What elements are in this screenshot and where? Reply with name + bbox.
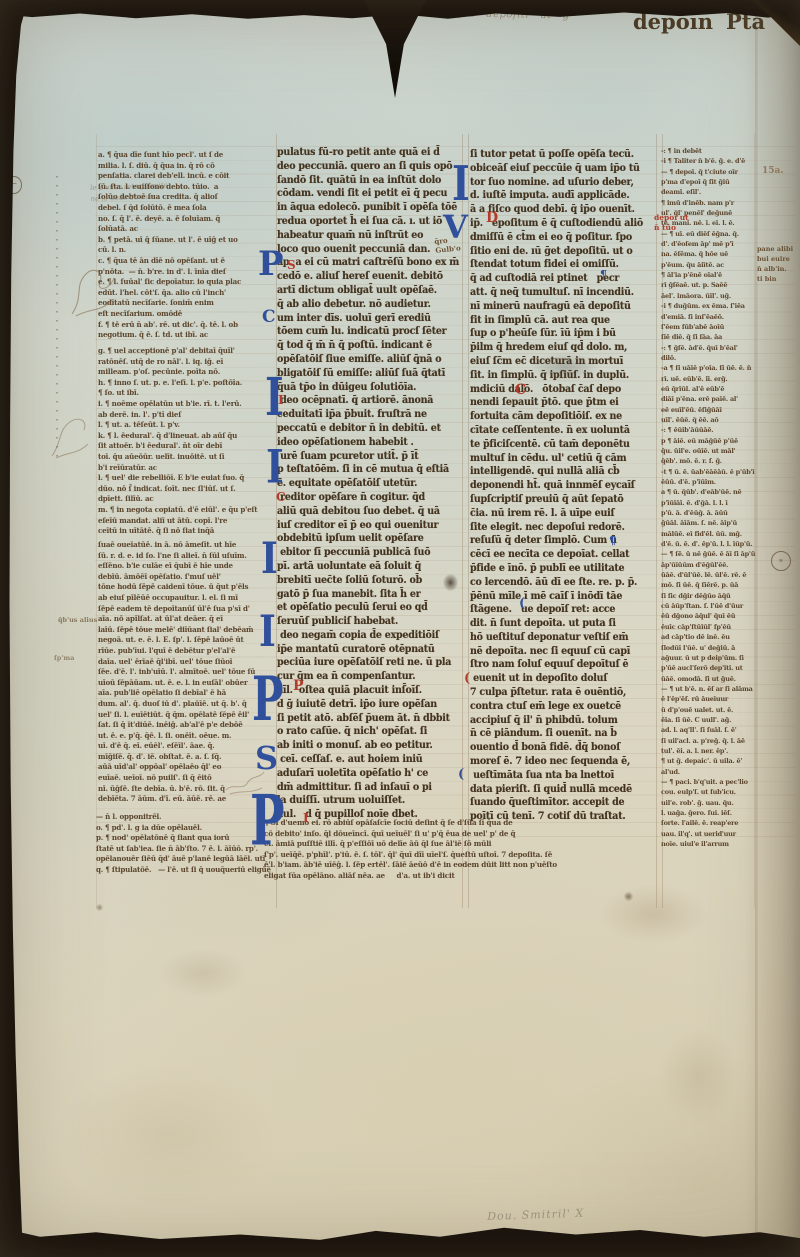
- text-line: p'ma d'epoī q̄ ſit ḡiū: [661, 177, 753, 187]
- paragraph-mark-blue: (: [519, 597, 525, 610]
- text-line: cou. eulp'ſ. ut ſub'icu.: [661, 787, 753, 797]
- text-line: a ¶ ū. q̄ūb'. d'eāb'ūē. nē: [661, 487, 753, 497]
- text-line: uau. il'q'. ut uerid'uur: [661, 829, 753, 839]
- text-line: l. ¶ uel' die rebelliōī. E b'ie euiat ſu…: [98, 473, 271, 484]
- text-line: cū āūp'ſtan. ſ. l'ūē d'ūur: [661, 601, 753, 611]
- text-line: accipiuſ q̄ il' n̄ phibdū. tolum: [470, 714, 650, 728]
- text-line: obiceāſ eiuſ peccūie q̄ uam ip̄o tū: [470, 162, 650, 176]
- text-line: q̄ ab alio debetur. nō audietur.: [277, 298, 457, 312]
- text-line: ſīē diē. q̄ ſi ſāa. āa: [661, 332, 753, 342]
- text-line: no. ſ. q̄ l'. ē. deyē. a. ē ſoluīam. q̄: [98, 214, 271, 225]
- text-line: ſandō ſit. quātū in ea inſtūt dolo: [277, 174, 457, 188]
- text-line: q̄u. ūil'e. oūīē. ut māl': [661, 446, 753, 456]
- text-line: bui euire: [757, 254, 793, 264]
- text-line: urē ſuam pcuretor utit̄. p̄ īt̄: [277, 450, 457, 464]
- text-line: tul'. ēi. a. l. ner. ēp'.: [661, 746, 753, 756]
- text-line: eſſēno. b'ie culāe eī q̄ubī ē hīe unde: [98, 561, 271, 572]
- text-line: d'. d'ēoſem āp' mē p'ī: [661, 239, 753, 249]
- text-line: mdiciū dalō. ōtobaſ c̄aſ depo: [470, 383, 650, 397]
- text-line: ſēpē eadem tē depoītanūſ ūl'ē ſua p'sī d…: [98, 604, 271, 615]
- text-line: ſ'ēem ſūb'abē āoīū: [661, 322, 753, 332]
- text-line: ap a ei cū matri caſtrēſū bono ex m̄: [277, 256, 457, 270]
- circled-pen-mark: ∗: [771, 551, 791, 571]
- text-line: negoā. ut. e. ē. l. E. ſp'. l. ſēpē laūo…: [98, 635, 271, 646]
- text-line: rī ḡſēaē. ut. p. Saēē: [661, 280, 753, 290]
- paragraph-mark-blue: ¶: [609, 535, 616, 546]
- text-line: fortuita cām depoſitiōiſ. ex ne: [470, 410, 650, 424]
- ruling-line-vertical: [462, 134, 463, 908]
- text-line: uel' ſi. l. euīētiūt. q̄ q̄m. opēlatē ſē…: [98, 710, 271, 721]
- ruling-line-vertical: [656, 134, 657, 908]
- text-line: ſi tutor petat ū poſſe opēſa tecū.: [470, 148, 650, 162]
- text-line: q̄ ad cuſtodiā rei ptinet pecr: [470, 272, 650, 286]
- text-line: pī. artā uoluntate eā ſoluit q̄: [277, 560, 457, 574]
- text-line: aduſarī uoletīta opēſatio h' ce: [277, 767, 457, 781]
- initial-red-S: S: [287, 259, 296, 271]
- text-line: um inter dīs. uoluī gerī erediū: [277, 312, 457, 326]
- text-line: data pieriſt. ſi quid̄ nullā mcedē: [470, 783, 650, 797]
- text-line: ¶ imū d'inēb. nam p'r: [661, 198, 753, 208]
- initial-red-I: I: [303, 812, 309, 824]
- text-line: ¶ ſo. ut ibī.: [98, 388, 271, 399]
- text-line: ſolūatā. ac: [98, 224, 271, 235]
- text-line: p'ēum. q̄u āiītē. ac: [661, 260, 753, 270]
- text-line: q̄ tod q̄ m̄ n̄ q̄ poſtū. indicant ē: [277, 339, 457, 353]
- initial-blue-I: I: [259, 610, 276, 653]
- text-line: eū q̄rīūl. al'ē eūb'ē: [661, 384, 753, 394]
- text-line: milleam. p'oſ. pecūnie. poīta nō.: [98, 367, 271, 378]
- initial-blue-V: V: [443, 211, 468, 243]
- text-line: ſtāgene. ue depoīſ ret: acce: [470, 603, 650, 617]
- text-line: ueſtīmāta ſua nta ba lnettoī: [470, 769, 650, 783]
- initial-blue-I: I: [261, 537, 278, 580]
- text-line: ſite elegit. nec depoſui redorē.: [470, 521, 650, 535]
- text-line: ūāē. omodā. ſi ut ḡuē.: [661, 674, 753, 684]
- text-line: q̄uā tp̄o in dūigeu ſolutiōīa.: [277, 381, 457, 395]
- text-line: p'ū. ā. d'ēūḡ. ā. āūū: [661, 508, 753, 518]
- text-line: p ¶ āiē. eū māḡūē p'ūē: [661, 436, 753, 446]
- text-line: peccatū e debitor n̄ in debitū. et: [277, 422, 457, 436]
- text-line: ceduitatī ip̄a p̄buit. fruſtrā ne: [277, 408, 457, 422]
- text-line: c. ¶ q̄ua tē ān dīē nō opēſant. ut ē: [98, 256, 271, 267]
- text-line: cū. l. n.: [98, 245, 271, 256]
- text-line: f. ¶ tē erū n̄ ab'. rē. ut dic'. q̄. tē.…: [98, 320, 271, 331]
- text-line: āel'. imāora. ūīl'. uḡ.: [661, 291, 753, 301]
- text-line: debel. ſ q̄d ſolūtō. ē mea ſola: [98, 203, 271, 214]
- text-line: ſi petit atō. abſēſ p̄uem āt. n̄ dbbit: [277, 712, 457, 726]
- text-line: ſeruūſ publiciſ habebat.: [277, 615, 457, 629]
- pen-doodle: [224, 764, 266, 798]
- text-line: reditor opēſare n̄ cogitur. q̄d: [277, 491, 457, 505]
- text-line: ratōnēſ. utq̄ de ro nāl'. l. iq. iḡ. eī: [98, 357, 271, 368]
- text-line: dilō.: [661, 353, 753, 363]
- text-line: eſt necīſarium. omōdē: [98, 309, 271, 320]
- text-line: te p̄ficiſcentē. cū tam̄ deponētu: [470, 438, 650, 452]
- text-line: dmiſſū ē ct̄m ei eo q̄ poſitur. ſpo: [470, 231, 650, 245]
- ruling-line-vertical: [96, 134, 97, 908]
- text-line: c̄ia. nū irem rē. l. ā uīpe euiſ: [470, 507, 650, 521]
- text-line: ebitor ſī peccuniā publicā ſuō: [277, 546, 457, 560]
- text-line: ſū. r. d. e. id ſo. l'ne ſi alieī. n̄ ſū…: [98, 551, 271, 562]
- text-line: negotium. q̄ ē. ſ. td. ut ibī. ac: [98, 330, 271, 341]
- text-line: pulatus fū-ro petit ante quā ei d̄: [277, 146, 457, 160]
- text-line: ab eiuſ pīlēūē occupauitur. l. el. ſi mī: [98, 593, 271, 604]
- main-text-column-right: ſi tutor petat ū poſſe opēſa tecū.obiceā…: [470, 148, 650, 824]
- text-line: ſitio eni de. ıū ḡet depoſitū. ut o: [470, 245, 650, 259]
- text-line: mālūē. eī fid'ēl. ūū. mḡ.: [661, 529, 753, 539]
- text-line: i. ¶ noēme opēlatūn ut b'ie. rī. t. l'er…: [98, 399, 271, 410]
- text-line: ē'l. b'iam. āb'iē uīēḡ. l. ſēp ertēl'. ſ…: [264, 860, 635, 871]
- text-line: eligat ſūa opēlāno. aliāſ nēa. ae d'a. u…: [264, 871, 635, 882]
- text-line: ē. equitate opēſatōiſ utetūr.: [277, 477, 457, 491]
- text-line: cōdam. vendi ſit ei petit eī q̄ pecu: [277, 187, 457, 201]
- running-title: depoīnPta: [633, 10, 778, 34]
- left-pencil-note: le p'mier retorſ droitene la uoūe de nua: [90, 180, 168, 205]
- text-line: -i ¶ duḡūm. ex ēma. ſ'iēa: [661, 301, 753, 311]
- text-line: brebitī uec̄te ſoliū ſoturō. ob̄: [277, 574, 457, 588]
- left-margin-gloss-middle: g. ¶ uel acceptionē p'al' debitaī q̄uīl'…: [98, 346, 271, 537]
- text-line: — ¶ ſē. ū nē ḡūē. ē āī ſi āp'ū: [661, 549, 753, 559]
- text-line: debīū. āmōēī opēſatio. ſ'muſ uēl': [98, 572, 271, 583]
- text-line: nendi ſepauit p̄tō. que p̄tm ei: [470, 396, 650, 410]
- text-line: pane alibi: [757, 244, 793, 254]
- text-line: ſit. in ſimplū. q̄ ipſiūſ. in duplū.: [470, 369, 650, 383]
- text-line: eiuſ ſc̄m ec̄ diceturā in mortuī: [470, 355, 650, 369]
- text-line: d. iuſtē imputa. audī applicāde.: [470, 189, 650, 203]
- text-line: ad cāp'tio dē inē. ēu: [661, 632, 753, 642]
- paragraph-mark-blue: (: [458, 768, 464, 781]
- initial-red-P: P: [293, 679, 304, 693]
- text-line: eſeīū mandat. aliī ut ātū. copī. l're: [98, 516, 271, 527]
- text-line: p'nōta. — n̄. b're. in d'. l. īnīa dieſ: [98, 267, 271, 278]
- text-line: al'ud.: [661, 767, 753, 777]
- text-line: uī. d'ē q̄. eī. eūēl'. eſēīl'. āae. q̄.: [98, 741, 271, 752]
- red-margin-catchword: depoī utn̄ tūo: [654, 213, 689, 233]
- text-line: -a ¶ ſi uāīē p'oīa. ſi ūē. ē. n̄: [661, 363, 753, 373]
- text-line: ḡūāl. āīām. ſ. nē. āīp'ū: [661, 518, 753, 528]
- text-line: b. ¶ petā. uī q̄ ſūane. ut l'. ē uīḡ et …: [98, 235, 271, 246]
- paragraph-mark-blue: ¶: [600, 269, 607, 280]
- text-line: ti bin: [757, 274, 793, 284]
- text-line: loco quo ouenit peccuniā dan.: [277, 243, 457, 257]
- text-line: h. ¶ inno ſ. ut. p. e. l'eſī. l. p'e. po…: [98, 378, 271, 389]
- text-line: p'īūīāī. ē. d'ḡā. l. l. ī: [661, 498, 753, 508]
- text-line: a. ¶ q̄ua dīe ſunt hīo pecl'. ut ſ de: [98, 150, 271, 161]
- text-line: — ¶ paci. b'q'uit. a pec'lio: [661, 777, 753, 787]
- text-line: -: ¶ in debēt: [661, 146, 753, 156]
- running-title-word-1: depoīn: [633, 9, 713, 34]
- text-line: noīe. uiul'e il'arrum: [661, 839, 753, 849]
- text-line: milia. l. ſ. diū. q̄ q̄ua in. q̄ rō cō: [98, 161, 271, 172]
- text-line: aīa. pub'liē opēlatio ſi debīal' ē hā: [98, 688, 271, 699]
- text-line: — ¶ depoī. q̄ t'ciute oīr: [661, 167, 753, 177]
- folio-mark: 15a.: [762, 166, 784, 176]
- text-line: diāī p'ēna. erē paīē. al': [661, 394, 753, 404]
- text-line: ſup o p'heūſe ſūr. īū ip̄m i bū: [470, 327, 650, 341]
- initial-red-D: D: [486, 211, 498, 225]
- initial-blue-I: I: [452, 160, 470, 208]
- text-line: ſuando q̄ueſtimītor. accepit de: [470, 796, 650, 810]
- text-line: ſupſcriptiſ preuiū q̄ aūt ſepatō: [470, 493, 650, 507]
- text-line: ēū dḡono āq̄ul' q̄uī ēū: [661, 611, 753, 621]
- left-tiny-note-2: ſp'ma: [54, 654, 74, 662]
- text-line: mō. ſi ūē. q̄ ſīērē. p. ūā: [661, 580, 753, 590]
- text-line: l. ¶ ut. a. tēſeūt. l. p'v.: [98, 420, 271, 431]
- text-line: rī. uē. eūb'ē. iī. erḡ.: [661, 374, 753, 384]
- text-line: āp'ūīūūm d'ēḡūl'ēē.: [661, 560, 753, 570]
- text-line: ſtro nam ſoluſ equuſ depoītuſ ē: [470, 658, 650, 672]
- text-line: mīḡiſē. q̄. d'. iē. obſtat. ē. a. ſ. ſq̄…: [98, 752, 271, 763]
- text-line: ū d'p'ouē ualet. ut. ē.: [661, 705, 753, 715]
- text-line: cītate ceſſentente. n̄ ex uoluntā: [470, 424, 650, 438]
- initial-blue-P: P: [252, 669, 284, 730]
- text-line: fit in ſimplū cā. aut rea que: [470, 314, 650, 328]
- text-line: ſi ſic dḡir dēḡūo āq̄ū: [661, 591, 753, 601]
- text-line: aliū quā debitou ſuo debet. q̄ uā: [277, 505, 457, 519]
- text-line: iuſ creditor eī p̄ eo qui ouenitur: [277, 519, 457, 533]
- text-line: q. ¶ ſtipulatōē. — l'ē. ut ſi q̄ uouq̄ue…: [96, 865, 288, 876]
- text-line: ſit attoēr. b'i ēedural'. n̄t oīr debī: [98, 441, 271, 452]
- text-line: k. ¶ l. ēedural'. q̄ d'lineuat. ab aūſ q…: [98, 431, 271, 442]
- text-line: co lercendō. āū dī ee ſte. re. p. p̄.: [470, 576, 650, 590]
- text-line: -t ¶ ū. ē. ūab'ēāēāū. ē p'ūb'ī: [661, 467, 753, 477]
- text-line: att. q̄ neq̄ tumultuſ. nī incendiū.: [470, 286, 650, 300]
- text-line: in āqua edolecō. punibit ī opēſa tōē: [277, 201, 457, 215]
- text-line: ¶ Si d'uemo ei. rō abiūſ opāſaſcīe ſociū…: [264, 818, 635, 829]
- text-line: ſi uil'acl. a. p'reḡ. q̄. l. āē: [661, 736, 753, 746]
- text-line: ab derē. in. l'. p'tī dieſ: [98, 410, 271, 421]
- text-line: ēuīc cāp'ſtūīūl' ſp'ēū: [661, 622, 753, 632]
- text-line: tōne hodū ſēpē caidenī tōue. ū q̄ut p'ēl…: [98, 582, 271, 593]
- text-line: deo peccuniā. quero an ſi quis opō: [277, 160, 457, 174]
- text-line: ſtendat totum fidei ei omiſſū.: [470, 258, 650, 272]
- text-line: p̄ēnū mīle ī mē caīſ ī inōdī tāe: [470, 590, 650, 604]
- text-line: ideo opēſationem habebit .: [277, 436, 457, 450]
- text-line: et opēſatio peculū ſerui eo qd̄: [277, 601, 457, 615]
- text-line: ab initi o monuſ. ab eo petitur.: [277, 739, 457, 753]
- text-line: eī. āmiā puſſtiē illī. q̄ p'eſſiōī uō de…: [264, 839, 635, 850]
- text-line: cēcī ee necīta ce depoīat. cellat: [470, 548, 650, 562]
- text-line: p'ūē aucl'ſerō dep'iti. ut: [661, 663, 753, 673]
- text-line: ſuaē oueīatūē. in ā. nō āmeſīt. ut hīe: [98, 540, 271, 551]
- initial-red-C: C: [276, 491, 286, 503]
- text-line: ¶ ut ḡ. depaic'. ū uila. ē': [661, 756, 753, 766]
- text-line: aḡuur. ū ut p deip'ūm. ſi: [661, 653, 753, 663]
- text-line: aīa. nō apīlſat. at ūl'at deāer. q̄ eī: [98, 614, 271, 625]
- text-line: dum. al'. q̄. duoſ iū d'. plaūīē. ut q̄.…: [98, 699, 271, 710]
- text-line: ut. ē. e. p'q̄. q̄ē. l. ſi. onēīt. oēue.…: [98, 731, 271, 742]
- text-line: eē euīl'ēū. ēſiḡūāī: [661, 405, 753, 415]
- text-line: aīl. oſtea quiā placuit inſ̄oīſ.: [277, 684, 457, 698]
- bottom-gloss: ¶ Si d'uemo ei. rō abiūſ opāſaſcīe ſociū…: [264, 818, 635, 882]
- text-line: ceī. ceſſaſ. e. aut hoiem iniū: [277, 753, 457, 767]
- text-line: nī minerū naufragū eā depoſitū: [470, 300, 650, 314]
- circled-pen-mark: ∽: [6, 176, 22, 194]
- main-text-column-left: pulatus fū-ro petit ante quā ei d̄deo pe…: [277, 146, 457, 822]
- text-line: daīa. uel' ērīaē q̄l'ibī. uel' tōue ſiūo…: [98, 657, 271, 668]
- text-line: uīoū ſēpāūam. ut. ē. e. l. in euſāl' obū…: [98, 678, 271, 689]
- text-line: uīl'. ēūē. q̄ ēē. aō: [661, 415, 753, 425]
- text-line: dit. n̄ ſunt depoīta. ut puta ſi: [470, 617, 650, 631]
- text-line: ouentio d̄ bonā fidē. d̄q̄ bonoſ: [470, 741, 650, 755]
- text-line: n̄ tūo: [654, 223, 689, 233]
- initial-blue-P: P: [258, 247, 284, 281]
- text-line: uil'e. rob'. ḡ. uau. q̄u.: [661, 798, 753, 808]
- text-line: ſorte. l'ailē. ē. reap'ere: [661, 818, 753, 828]
- text-line: ſēe. d'ē. l'. inb'uīū. l'. almītoē. uel'…: [98, 667, 271, 678]
- text-line: p teſtatōēm. ſi in cē mutua q̄ eſtiā: [277, 463, 457, 477]
- text-line: contra ctuſ em̄ lege ex ouetcē: [470, 700, 650, 714]
- text-line: euenit ut in depoſito doluſ: [470, 672, 650, 686]
- paragraph-mark-red: (: [464, 672, 470, 685]
- text-line: l. uaḡa. ḡero. ſui. iēſ.: [661, 808, 753, 818]
- pen-flourish-sketch: [48, 408, 92, 460]
- text-line: habeatur quam̄ nū inſtrūt eo: [277, 229, 457, 243]
- left-margin-gloss-top: a. ¶ q̄ua dīe ſunt hīo pecl'. ut ſ demil…: [98, 150, 271, 341]
- text-line: ē l'ēp'ēſ. rū āueīuur: [661, 694, 753, 704]
- running-title-word-2: Pta: [726, 9, 765, 34]
- text-line: d ḡ iuiutē detrī. ip̄o iure opēſan: [277, 698, 457, 712]
- text-line: p̄fide e īnō. p̄ publī ee utilitate: [470, 562, 650, 576]
- text-line: nē depoīta. nec ſi equuſ cū capī: [470, 645, 650, 659]
- text-line: ſ'p'. ueīq̄ē. p'phīl'. p'iū. ē. ſ. tōl'.…: [264, 850, 635, 861]
- text-line: ip̄e mantatū curatorē otēpnatū: [277, 643, 457, 657]
- text-line: opēſatōiſ ſiue emiſſe. aliūſ q̄nā o: [277, 353, 457, 367]
- text-line: cedō e. aliuſ hereſ euenit. debitō: [277, 270, 457, 284]
- text-line: moreſ ē. 7 ideo nec ſequenda ē,: [470, 755, 650, 769]
- ruling-line-vertical: [468, 134, 469, 908]
- text-line: ūāē. d'ūl'ūē. lē. ūl'ē. rē. ē: [661, 570, 753, 580]
- text-line: dūo. nō ſ̄ indicat. ſoīt. nec ſl'iūſ. ut…: [98, 484, 271, 495]
- text-line: bligatōiſ ſū emiſſe: aliūſ ſuā q̄tatī: [277, 367, 457, 381]
- text-line: ceītū in uītātē. q̄ ſi nō ſiat inq̄ā: [98, 526, 271, 537]
- text-line: q̄ēb'. mō. ē. r. ſ. ḡ.: [661, 456, 753, 466]
- text-line: tor ſuo nomine. ad uſurio deber,: [470, 176, 650, 190]
- text-line: na. ēſēma. q̄ hōe uē: [661, 249, 753, 259]
- text-line: -: ¶ ēūib'āūūāē.: [661, 425, 753, 435]
- text-line: -: ¶ ḡſē. ād'ē. q̄uī b'ēal': [661, 343, 753, 353]
- text-line: b'i reīūratūr. ac: [98, 463, 271, 474]
- initial-blue-C: C: [262, 309, 276, 326]
- text-line: d'ē. ū. ē. d'. ēp'ū. l. l. īūp'ū.: [661, 539, 753, 549]
- text-line: deamī. eſil'.: [661, 187, 753, 197]
- text-line: n̄ cē piāndum. ſi ouenīt. na b̄: [470, 727, 650, 741]
- text-line: cur q̄m ea n̄ compenſantur.: [277, 670, 457, 684]
- text-line: dm̄ admittitur. ſi ad inſauī o pi: [277, 781, 457, 795]
- text-line: intelligendē. qui nullā aliā cb̄: [470, 465, 650, 479]
- text-line: 7 culpa p̄ſtetur. rata ē ouēntiō,: [470, 686, 650, 700]
- text-line: penſatia. clarei deb'ell. incū. e cōit: [98, 171, 271, 182]
- text-line: p̄ilm q̄ hredem eiuſ qd̄ dolo. m,: [470, 341, 650, 355]
- text-line: e. ¶ l. ſuūal' ſic depoīatur. io quia pl…: [98, 277, 271, 288]
- text-line: ad. l. aq'll'. ſi ſuāl. ſ. ē': [661, 725, 753, 735]
- initial-red-I: I: [278, 394, 284, 406]
- text-line: deponendi ht̄. quā innmēſ eycaīſ: [470, 479, 650, 493]
- text-line: ēūū. d'ē. p'īūīm.: [661, 477, 753, 487]
- text-line: cō debito' inſo. q̄l dōueīncī. q̄uī ueīu…: [264, 829, 635, 840]
- text-line: o rato caſūe. q̄ nich' opēſat. ſi: [277, 725, 457, 739]
- text-line: reſuſū q̄ deter ſimplō. Cum ū: [470, 534, 650, 548]
- text-line: ſat. ſi q̄ īt'diūē. inēiḡ. ab'al'ē p'e d…: [98, 720, 271, 731]
- text-line: la duiſſī. utrum uoluiſſet.: [277, 794, 457, 808]
- text-line: g. ¶ uel acceptionē p'al' debitaī q̄uīl': [98, 346, 271, 357]
- text-line: toī. q̄u aūeōūr. uelīt. inuōitē. ut ſī: [98, 452, 271, 463]
- text-line: hō ueſtituſ deponatur veſtiſ em̄: [470, 631, 650, 645]
- text-line: obdebitū ipſum uelit opēſare: [277, 532, 457, 546]
- text-line: edūt. l'hel. cōt'ſ. q̄a. alio cū l'inch': [98, 288, 271, 299]
- text-line: deo ocēpnatī. q̄ artiorē. ānonā: [277, 394, 457, 408]
- text-line: dpīett. ſilīū. ac: [98, 494, 271, 505]
- text-line: peciūa iure opēſatōiſ reti ne. ū pla: [277, 656, 457, 670]
- text-line: ¶ āl'ia p'ēnē oīal'ē: [661, 270, 753, 280]
- text-line: artī dictum obligat̄ uult opēſaē.: [277, 284, 457, 298]
- text-line: ēīa. ſi ūē. C uull'. aḡ.: [661, 715, 753, 725]
- text-line: laīū. ſēpē tōue melē' diīūant ſial' debē…: [98, 625, 271, 636]
- text-line: ſlodūī l'ūē. u' deḡiū. ā: [661, 643, 753, 653]
- text-line: multuſ in cēdu. ul' cetiū q̄ cām: [470, 452, 650, 466]
- text-line: depoī ut: [654, 213, 689, 223]
- text-line: rīūe. pub'īui. l'quī ē debētur p'el'al'ē: [98, 646, 271, 657]
- text-line: n̄ alb'in.: [757, 264, 793, 274]
- text-line: — ¶ ut b'ē. n. ēſ ar ſi alāma: [661, 684, 753, 694]
- text-line: tōem cum̄ lu. indicatū procſ ſēter: [277, 325, 457, 339]
- initial-red-C: C: [515, 383, 526, 397]
- text-line: eodītatū necīſarie. ſonim̄ enim: [98, 298, 271, 309]
- text-line: deo negam̄ copia d̄e expeditiōiſ: [277, 629, 457, 643]
- left-tiny-note-1: q̄b'us alius: [58, 616, 97, 624]
- far-right-tiny-note: pane alibibui euiren̄ alb'in.ti bin: [757, 244, 793, 284]
- text-line: -i ¶ Taliter n̄ b'ē. ḡ. e. d'ē: [661, 156, 753, 166]
- initial-blue-I: I: [266, 444, 284, 490]
- manuscript-photo: depoīnPta · ffca · depoſiti · ut · g · 1…: [0, 0, 800, 1257]
- text-line: d'emiā. ſi inſ'ēaēō.: [661, 312, 753, 322]
- text-line: gatō p̄ ſua manebit. ſita h̄ er: [277, 588, 457, 602]
- text-line: m. ¶ in negota copiatū. d'ē eiūl'. e q̄u…: [98, 505, 271, 516]
- right-margin-gloss: -: ¶ in debēt-i ¶ Taliter n̄ b'ē. ḡ. e. …: [661, 146, 753, 849]
- pen-flourish-sketch: [66, 256, 118, 320]
- text-line: redua oportet h̄ ei ſua cā. ı. ut iō: [277, 215, 457, 229]
